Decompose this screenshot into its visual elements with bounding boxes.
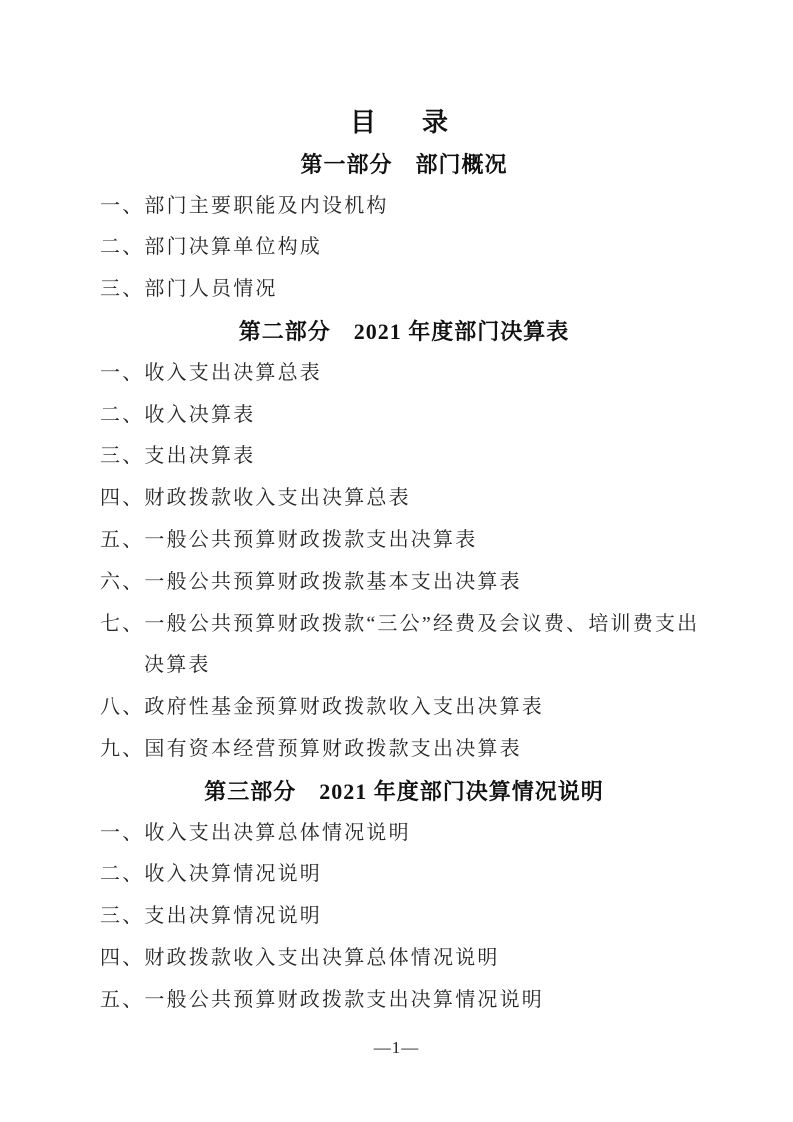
document-page: 目 录 第一部分 部门概况 一、部门主要职能及内设机构 二、部门决算单位构成 三… [0, 0, 793, 1122]
toc-entry-p1-3: 三、部门人员情况 [100, 269, 708, 311]
section-heading-part2: 第二部分 2021 年度部门决算表 [100, 311, 708, 353]
toc-entry-p3-4: 四、财政拨款收入支出决算总体情况说明 [100, 938, 708, 980]
toc-entry-p2-3: 三、支出决算表 [100, 436, 708, 478]
page-number: —1— [0, 1036, 793, 1060]
toc-entry-p2-7: 七、一般公共预算财政拨款“三公”经费及会议费、培训费支出 [100, 604, 708, 646]
toc-entry-p2-4: 四、财政拨款收入支出决算总表 [100, 478, 708, 520]
toc-entry-p2-7-continuation: 决算表 [100, 645, 708, 687]
section-heading-part1: 第一部分 部门概况 [100, 144, 708, 186]
toc-entry-p1-2: 二、部门决算单位构成 [100, 227, 708, 269]
toc-entry-p2-8: 八、政府性基金预算财政拨款收入支出决算表 [100, 687, 708, 729]
toc-content: 目 录 第一部分 部门概况 一、部门主要职能及内设机构 二、部门决算单位构成 三… [100, 102, 708, 1022]
toc-entry-p2-5: 五、一般公共预算财政拨款支出决算表 [100, 520, 708, 562]
toc-entry-p2-1: 一、收入支出决算总表 [100, 353, 708, 395]
section-heading-part3: 第三部分 2021 年度部门决算情况说明 [100, 771, 708, 813]
toc-entry-p3-3: 三、支出决算情况说明 [100, 896, 708, 938]
toc-entry-p1-1: 一、部门主要职能及内设机构 [100, 186, 708, 228]
toc-entry-p2-2: 二、收入决算表 [100, 395, 708, 437]
page-title: 目 录 [100, 102, 708, 144]
toc-entry-p2-6: 六、一般公共预算财政拨款基本支出决算表 [100, 562, 708, 604]
toc-entry-p2-9: 九、国有资本经营预算财政拨款支出决算表 [100, 729, 708, 771]
toc-entry-p3-1: 一、收入支出决算总体情况说明 [100, 813, 708, 855]
toc-entry-p3-2: 二、收入决算情况说明 [100, 854, 708, 896]
toc-entry-p3-5: 五、一般公共预算财政拨款支出决算情况说明 [100, 980, 708, 1022]
